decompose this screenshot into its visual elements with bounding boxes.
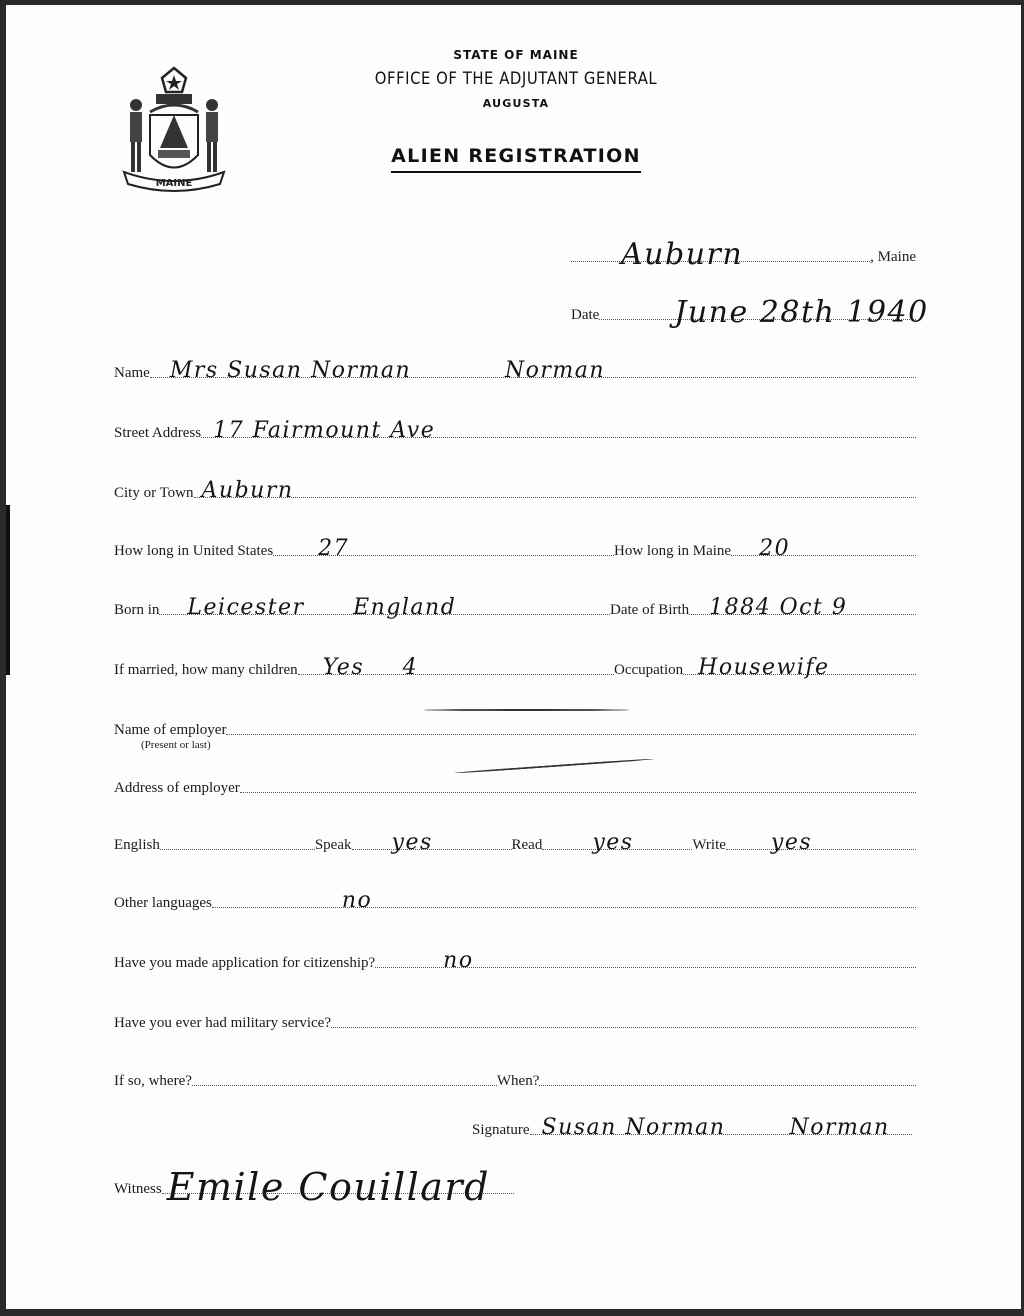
city-field[interactable]: City or Town Auburn xyxy=(114,485,916,501)
employer-name-field[interactable]: Name of employer xyxy=(114,722,916,738)
street-address-label: Street Address xyxy=(114,425,201,441)
born-in-field[interactable]: Born in Leicester England xyxy=(114,602,610,618)
read-label: Read xyxy=(512,837,543,853)
registration-form-page: MAINE STATE OF MAINE OFFICE OF THE ADJUT… xyxy=(6,5,1021,1309)
maine-years-field[interactable]: How long in Maine 20 xyxy=(614,543,916,559)
location-field[interactable]: Auburn , Maine xyxy=(571,249,916,265)
dob-label: Date of Birth xyxy=(610,602,689,618)
name-value: Mrs Susan Norman xyxy=(170,363,411,379)
children-label: If married, how many children xyxy=(114,662,298,678)
signature-label: Signature xyxy=(472,1122,530,1138)
witness-signature: Emile Couillard xyxy=(167,1179,490,1195)
citizenship-label: Have you made application for citizenshi… xyxy=(114,955,375,971)
occupation-label: Occupation xyxy=(614,662,683,678)
other-languages-label: Other languages xyxy=(114,895,212,911)
employer-name-label: Name of employer xyxy=(114,722,226,738)
maine-years-label: How long in Maine xyxy=(614,543,731,559)
write-label: Write xyxy=(692,837,726,853)
occupation-value: Housewife xyxy=(698,660,829,676)
date-field[interactable]: Date June 28th 1940 xyxy=(571,307,916,323)
other-languages-field[interactable]: Other languages no xyxy=(114,895,916,911)
speak-value: yes xyxy=(392,835,433,851)
write-value: yes xyxy=(771,835,812,851)
employer-address-label: Address of employer xyxy=(114,780,240,796)
location-suffix: , Maine xyxy=(870,249,916,265)
blank-dash-mark xyxy=(424,709,629,711)
read-value: yes xyxy=(592,835,633,851)
other-languages-value: no xyxy=(342,893,372,909)
form-title: ALIEN REGISTRATION xyxy=(306,145,726,167)
signature-value-2: Norman xyxy=(790,1120,890,1136)
name-field[interactable]: Name Mrs Susan Norman Norman xyxy=(114,365,916,381)
children-field[interactable]: If married, how many children Yes 4 xyxy=(114,662,614,678)
children-value: Yes 4 xyxy=(323,660,418,676)
name-label: Name xyxy=(114,365,150,381)
maine-seal-icon: MAINE xyxy=(114,60,234,195)
header-state: STATE OF MAINE xyxy=(306,48,726,62)
blank-dash-mark xyxy=(454,758,654,774)
us-years-label: How long in United States xyxy=(114,543,273,559)
header-city: AUGUSTA xyxy=(306,97,726,110)
street-address-field[interactable]: Street Address 17 Fairmount Ave xyxy=(114,425,916,441)
employer-name-sublabel: (Present or last) xyxy=(141,739,211,751)
military-label: Have you ever had military service? xyxy=(114,1015,331,1031)
city-value: Auburn xyxy=(202,483,294,499)
where-label: If so, where? xyxy=(114,1073,192,1089)
street-address-value: 17 Fairmount Ave xyxy=(213,423,435,439)
where-when-field[interactable]: If so, where? When? xyxy=(114,1073,916,1089)
english-field[interactable]: English Speak yes Read yes Write yes xyxy=(114,837,916,853)
dob-field[interactable]: Date of Birth 1884 Oct 9 xyxy=(610,602,916,618)
us-years-field[interactable]: How long in United States 27 xyxy=(114,543,614,559)
scan-edge-mark xyxy=(6,505,10,675)
born-in-label: Born in xyxy=(114,602,159,618)
location-value: Auburn xyxy=(621,247,743,263)
born-in-value: Leicester England xyxy=(187,600,456,616)
svg-text:MAINE: MAINE xyxy=(156,178,193,189)
speak-label: Speak xyxy=(315,837,352,853)
maine-years-value: 20 xyxy=(759,541,790,557)
employer-address-field[interactable]: Address of employer xyxy=(114,780,916,796)
witness-field[interactable]: Witness Emile Couillard xyxy=(114,1181,514,1197)
date-value: June 28th 1940 xyxy=(674,305,928,321)
us-years-value: 27 xyxy=(318,541,349,557)
date-label: Date xyxy=(571,307,599,323)
citizenship-value: no xyxy=(443,953,473,969)
signature-field[interactable]: Signature Susan Norman Norman xyxy=(472,1122,912,1138)
occupation-field[interactable]: Occupation Housewife xyxy=(614,662,916,678)
signature-value: Susan Norman xyxy=(542,1120,726,1136)
citizenship-field[interactable]: Have you made application for citizenshi… xyxy=(114,955,916,971)
military-field[interactable]: Have you ever had military service? xyxy=(114,1015,916,1031)
when-label: When? xyxy=(497,1073,539,1089)
english-label: English xyxy=(114,837,160,853)
name-value-2: Norman xyxy=(505,363,605,379)
dob-value: 1884 Oct 9 xyxy=(709,600,847,616)
header-office: OFFICE OF THE ADJUTANT GENERAL xyxy=(327,69,705,88)
city-label: City or Town xyxy=(114,485,194,501)
witness-label: Witness xyxy=(114,1181,162,1197)
